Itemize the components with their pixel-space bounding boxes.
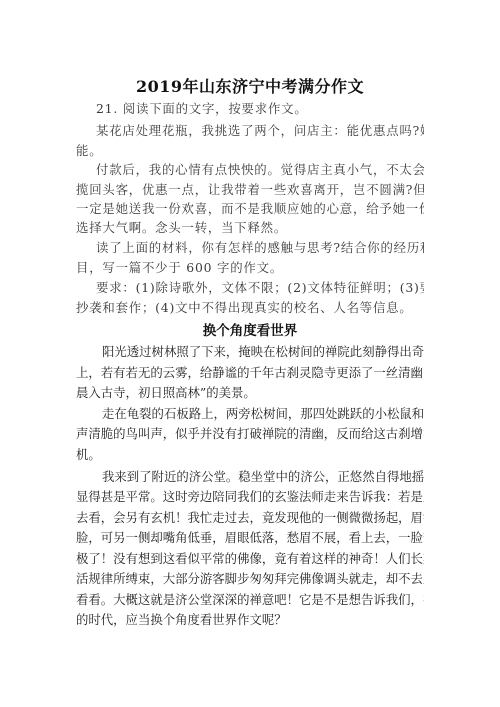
prompt-para-1-line-2: 能。 [76,143,424,159]
question-line: 21. 阅读下面的文字，按要求作文。 [96,101,424,117]
prompt-para-3-line-1: 读了上面的材料，你有怎样的感触与思考?结合你的经历和体验，自拟题 [96,240,424,256]
prompt-para-3-line-2: 目，写一篇不少于 600 字的作文。 [76,260,424,276]
essay-para-3-line-1: 我来到了附近的济公堂。稳坐堂中的济公，正悠然自得地摇着把旧蒲扇， [102,469,424,485]
essay-para-3-line-5: 极了！没有想到这看似平常的佛像，竟有着这样的神奇！人们长期被机械的生 [76,551,424,567]
prompt-para-4-line-2: 抄袭和套作；(4)文中不得出现真实的校名、人名等信息。 [76,300,424,316]
essay-para-3-line-6: 活规律所缚束，大部分游客脚步匆匆拜完佛像调头就走，却不去从另一个角度 [76,571,424,587]
essay-para-2-line-3: 机。 [76,447,424,463]
essay-para-1-line-3: 晨入古寺，初日照高林”的美景。 [76,385,424,401]
essay-para-3-line-8: 的时代，应当换个角度看世界作文呢？ [76,612,424,628]
prompt-para-2-line-1: 付款后，我的心情有点怏怏的。觉得店主真小气，不太会做生意，为了招 [96,162,424,178]
essay-para-3-line-4: 脸，可另一侧却嘴角低垂，眉眼低落，愁眉不展，看上去，一脸苦相。我惊讶 [76,530,424,546]
essay-para-3-line-2: 显得甚是平常。这时旁边陪同我们的玄鉴法师走来告诉我：若是从左右侧分别 [76,489,424,505]
essay-para-3-line-7: 看看。大概这就是济公堂深深的禅意吧！它是不是想告诉我们，在这日新月异 [76,592,424,608]
prompt-para-4-line-1: 要求：(1)除诗歌外，文体不限；(2)文体特征鲜明；(3)要有真情实感，不得 [96,280,424,296]
essay-para-2-line-1: 走在龟裂的石板路上，两旁松树间，那四处跳跃的小松鼠和不时传来的几 [102,406,424,422]
essay-title: 换个角度看世界 [0,319,500,339]
essay-para-1-line-2: 上，若有若无的云雾，给静谧的千年古刹灵隐寺更添了一丝清幽，好一派“清 [76,365,424,381]
prompt-para-2-line-2: 揽回头客，优惠一点，让我带着一些欢喜离开，岂不圆满?但转念一想：为什么 [76,182,424,198]
prompt-para-2-line-3: 一定是她送我一份欢喜，而不是我顺应她的心意，给予她一份快乐呢?自己可以 [76,201,424,217]
essay-para-2-line-2: 声清脆的鸟叫声，似乎并没有打破禅院的清幽，反而给这古刹增添了许多生 [76,426,424,442]
prompt-para-2-line-4: 选择大气啊。念头一转，当下释然。 [76,220,424,236]
essay-para-3-line-3: 去看，会另有玄机！我忙走过去，竟发现他的一侧微微扬起，眉宇舒展是笑 [76,510,424,526]
document-title: 2019年山东济宁中考满分作文 [0,74,500,97]
essay-para-1-line-1: 阳光透过树林照了下来，掩映在松树间的禅院此刻静得出奇。寺院四周山 [102,344,424,360]
prompt-para-1-line-1: 某花店处理花瓶，我挑选了两个，问店主：能优惠点吗?她回答得很干脆：不 [96,123,424,139]
document-page: 2019年山东济宁中考满分作文 21. 阅读下面的文字，按要求作文。 某花店处理… [0,0,500,707]
